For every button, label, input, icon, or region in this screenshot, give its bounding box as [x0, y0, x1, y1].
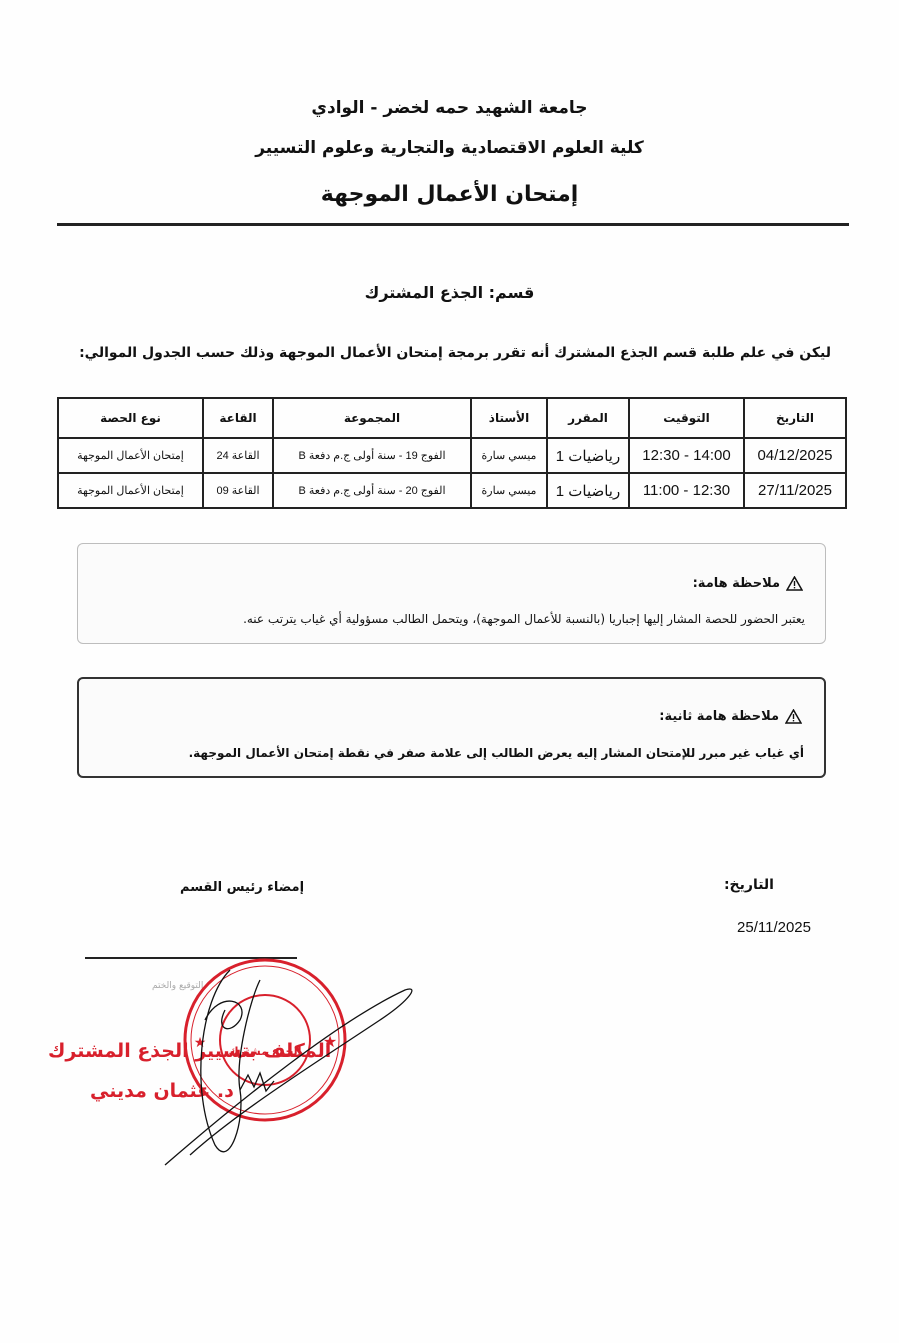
note-text: يعتبر الحضور للحصة المشار إليها إجباريا …: [243, 612, 805, 626]
cell-room: القاعة 09: [203, 473, 273, 508]
document-page: جامعة الشهيد حمه لخضر - الوادي كلية العل…: [0, 0, 899, 1343]
cell-teacher: ميسي سارة: [471, 473, 547, 508]
cell-group: الفوج 19 - سنة أولى ج.م دفعة B: [273, 438, 471, 473]
note-text: أي غياب غير مبرر للإمتحان المشار إليه يع…: [189, 746, 804, 760]
cell-time: 14:00 - 12:30: [629, 438, 744, 473]
intro-text: ليكن في علم طلبة قسم الجذع المشترك أنه ت…: [79, 345, 831, 361]
column-header-type: نوع الحصة: [58, 398, 203, 438]
signature-label: إمضاء رئيس القسم: [180, 880, 304, 895]
note-title: ملاحظة هامة ثانية:: [659, 709, 802, 724]
warning-icon: [786, 576, 803, 591]
cell-date: 04/12/2025: [744, 438, 846, 473]
warning-icon: [785, 709, 802, 724]
header-divider: [57, 223, 849, 226]
university-name: جامعة الشهيد حمه لخضر - الوادي: [0, 98, 899, 118]
column-header-group: المجموعة: [273, 398, 471, 438]
table-row: 27/11/2025 12:30 - 11:00 رياضيات 1 ميسي …: [58, 473, 846, 508]
column-header-date: التاريخ: [744, 398, 846, 438]
cell-teacher: ميسي سارة: [471, 438, 547, 473]
date-value: 25/11/2025: [737, 919, 811, 936]
table-header-row: التاريخ التوقيت المقرر الأستاذ المجموعة …: [58, 398, 846, 438]
cell-course: رياضيات 1: [547, 438, 629, 473]
document-title: إمتحان الأعمال الموجهة: [0, 182, 899, 207]
note-title: ملاحظة هامة:: [693, 576, 803, 591]
column-header-teacher: الأستاذ: [471, 398, 547, 438]
cell-room: القاعة 24: [203, 438, 273, 473]
date-label: التاريخ:: [724, 877, 774, 893]
column-header-course: المقرر: [547, 398, 629, 438]
faculty-name: كلية العلوم الاقتصادية والتجارية وعلوم ا…: [0, 138, 899, 158]
cell-course: رياضيات 1: [547, 473, 629, 508]
important-note-box: ملاحظة هامة: يعتبر الحضور للحصة المشار إ…: [77, 543, 826, 644]
handwritten-signature: [120, 940, 440, 1180]
second-important-note-box: ملاحظة هامة ثانية: أي غياب غير مبرر للإم…: [77, 677, 826, 778]
column-header-room: القاعة: [203, 398, 273, 438]
cell-time: 12:30 - 11:00: [629, 473, 744, 508]
cell-group: الفوج 20 - سنة أولى ج.م دفعة B: [273, 473, 471, 508]
note-title-text: ملاحظة هامة:: [693, 576, 780, 591]
cell-date: 27/11/2025: [744, 473, 846, 508]
note-title-text: ملاحظة هامة ثانية:: [659, 709, 779, 724]
table-row: 04/12/2025 14:00 - 12:30 رياضيات 1 ميسي …: [58, 438, 846, 473]
column-header-time: التوقيت: [629, 398, 744, 438]
cell-type: إمتحان الأعمال الموجهة: [58, 438, 203, 473]
department-heading: قسم: الجذع المشترك: [0, 283, 899, 302]
cell-type: إمتحان الأعمال الموجهة: [58, 473, 203, 508]
schedule-table: التاريخ التوقيت المقرر الأستاذ المجموعة …: [57, 397, 847, 509]
